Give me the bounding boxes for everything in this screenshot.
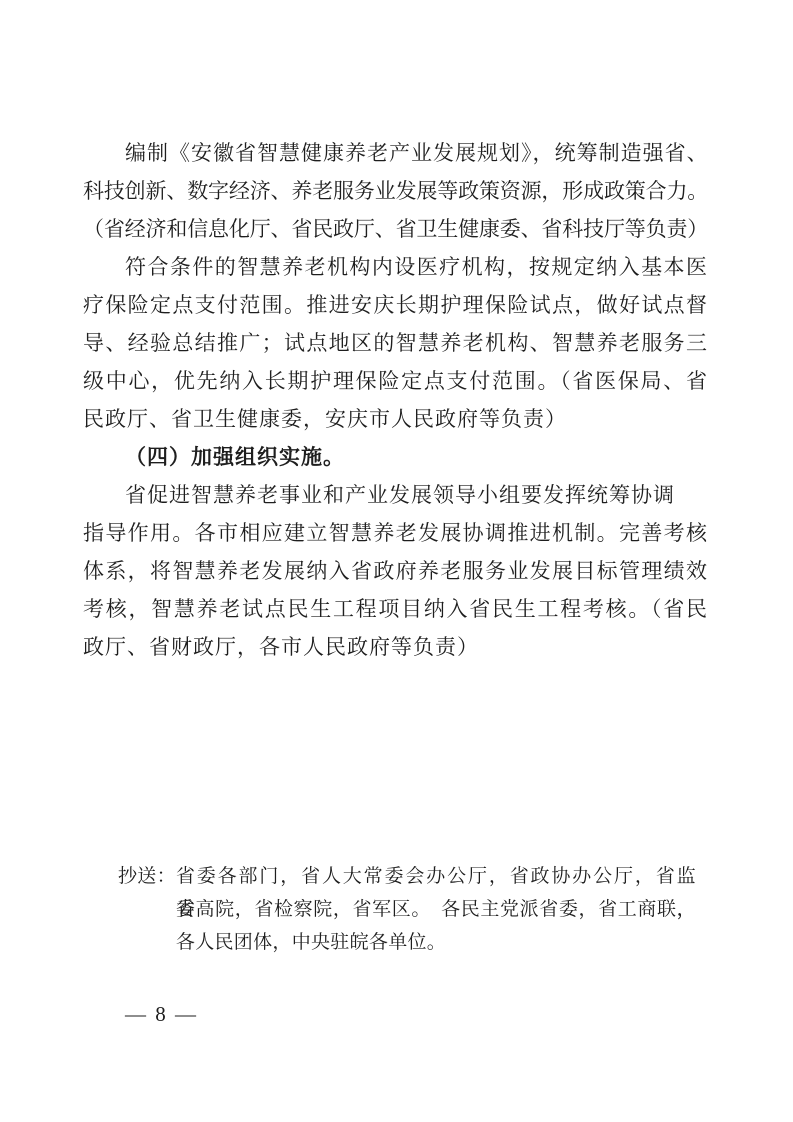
body-line: 导、经验总结推广；试点地区的智慧养老机构、智慧养老服务三 xyxy=(83,324,708,362)
body-line: 科技创新、数字经济、养老服务业发展等政策资源，形成政策合力。 xyxy=(83,172,708,210)
body-line: 指导作用。各市相应建立智慧养老发展协调推进机制。完善考核 xyxy=(83,514,708,552)
body-line: （省经济和信息化厅、省民政厅、省卫生健康委、省科技厅等负责） xyxy=(83,210,708,248)
body-line: 省促进智慧养老事业和产业发展领导小组要发挥统筹协调 xyxy=(83,476,708,514)
body-line: 编制《安徽省智慧健康养老产业发展规划》，统筹制造强省、 xyxy=(83,134,708,172)
body-line: 级中心，优先纳入长期护理保险定点支付范围。（省医保局、省 xyxy=(83,362,708,400)
body-line: 体系，将智慧养老发展纳入省政府养老服务业发展目标管理绩效 xyxy=(83,552,708,590)
cc-line: 各人民团体，中央驻皖各单位。 xyxy=(176,926,696,959)
document-body-text: 编制《安徽省智慧健康养老产业发展规划》，统筹制造强省、 科技创新、数字经济、养老… xyxy=(83,134,708,666)
body-line: 符合条件的智慧养老机构内设医疗机构，按规定纳入基本医 xyxy=(83,248,708,286)
cc-label: 抄送： xyxy=(118,860,176,959)
body-line: 考核，智慧养老试点民生工程项目纳入省民生工程考核。（省民 xyxy=(83,590,708,628)
body-line: 民政厅、省卫生健康委，安庆市人民政府等负责） xyxy=(83,400,708,438)
cc-block: 抄送： 省委各部门，省人大常委会办公厅，省政协办公厅，省监委， 省高院，省检察院… xyxy=(118,860,696,959)
section-heading: （四）加强组织实施。 xyxy=(83,438,708,476)
body-line: 疗保险定点支付范围。推进安庆长期护理保险试点，做好试点督 xyxy=(83,286,708,324)
document-page: 编制《安徽省智慧健康养老产业发展规划》，统筹制造强省、 科技创新、数字经济、养老… xyxy=(0,0,793,1122)
cc-line: 省高院，省检察院，省军区。 各民主党派省委，省工商联， xyxy=(176,893,696,926)
cc-line: 省委各部门，省人大常委会办公厅，省政协办公厅，省监委， xyxy=(176,860,696,893)
body-line: 政厅、省财政厅，各市人民政府等负责） xyxy=(83,628,708,666)
page-number: — 8 — xyxy=(125,1002,198,1026)
cc-lines: 省委各部门，省人大常委会办公厅，省政协办公厅，省监委， 省高院，省检察院，省军区… xyxy=(176,860,696,959)
